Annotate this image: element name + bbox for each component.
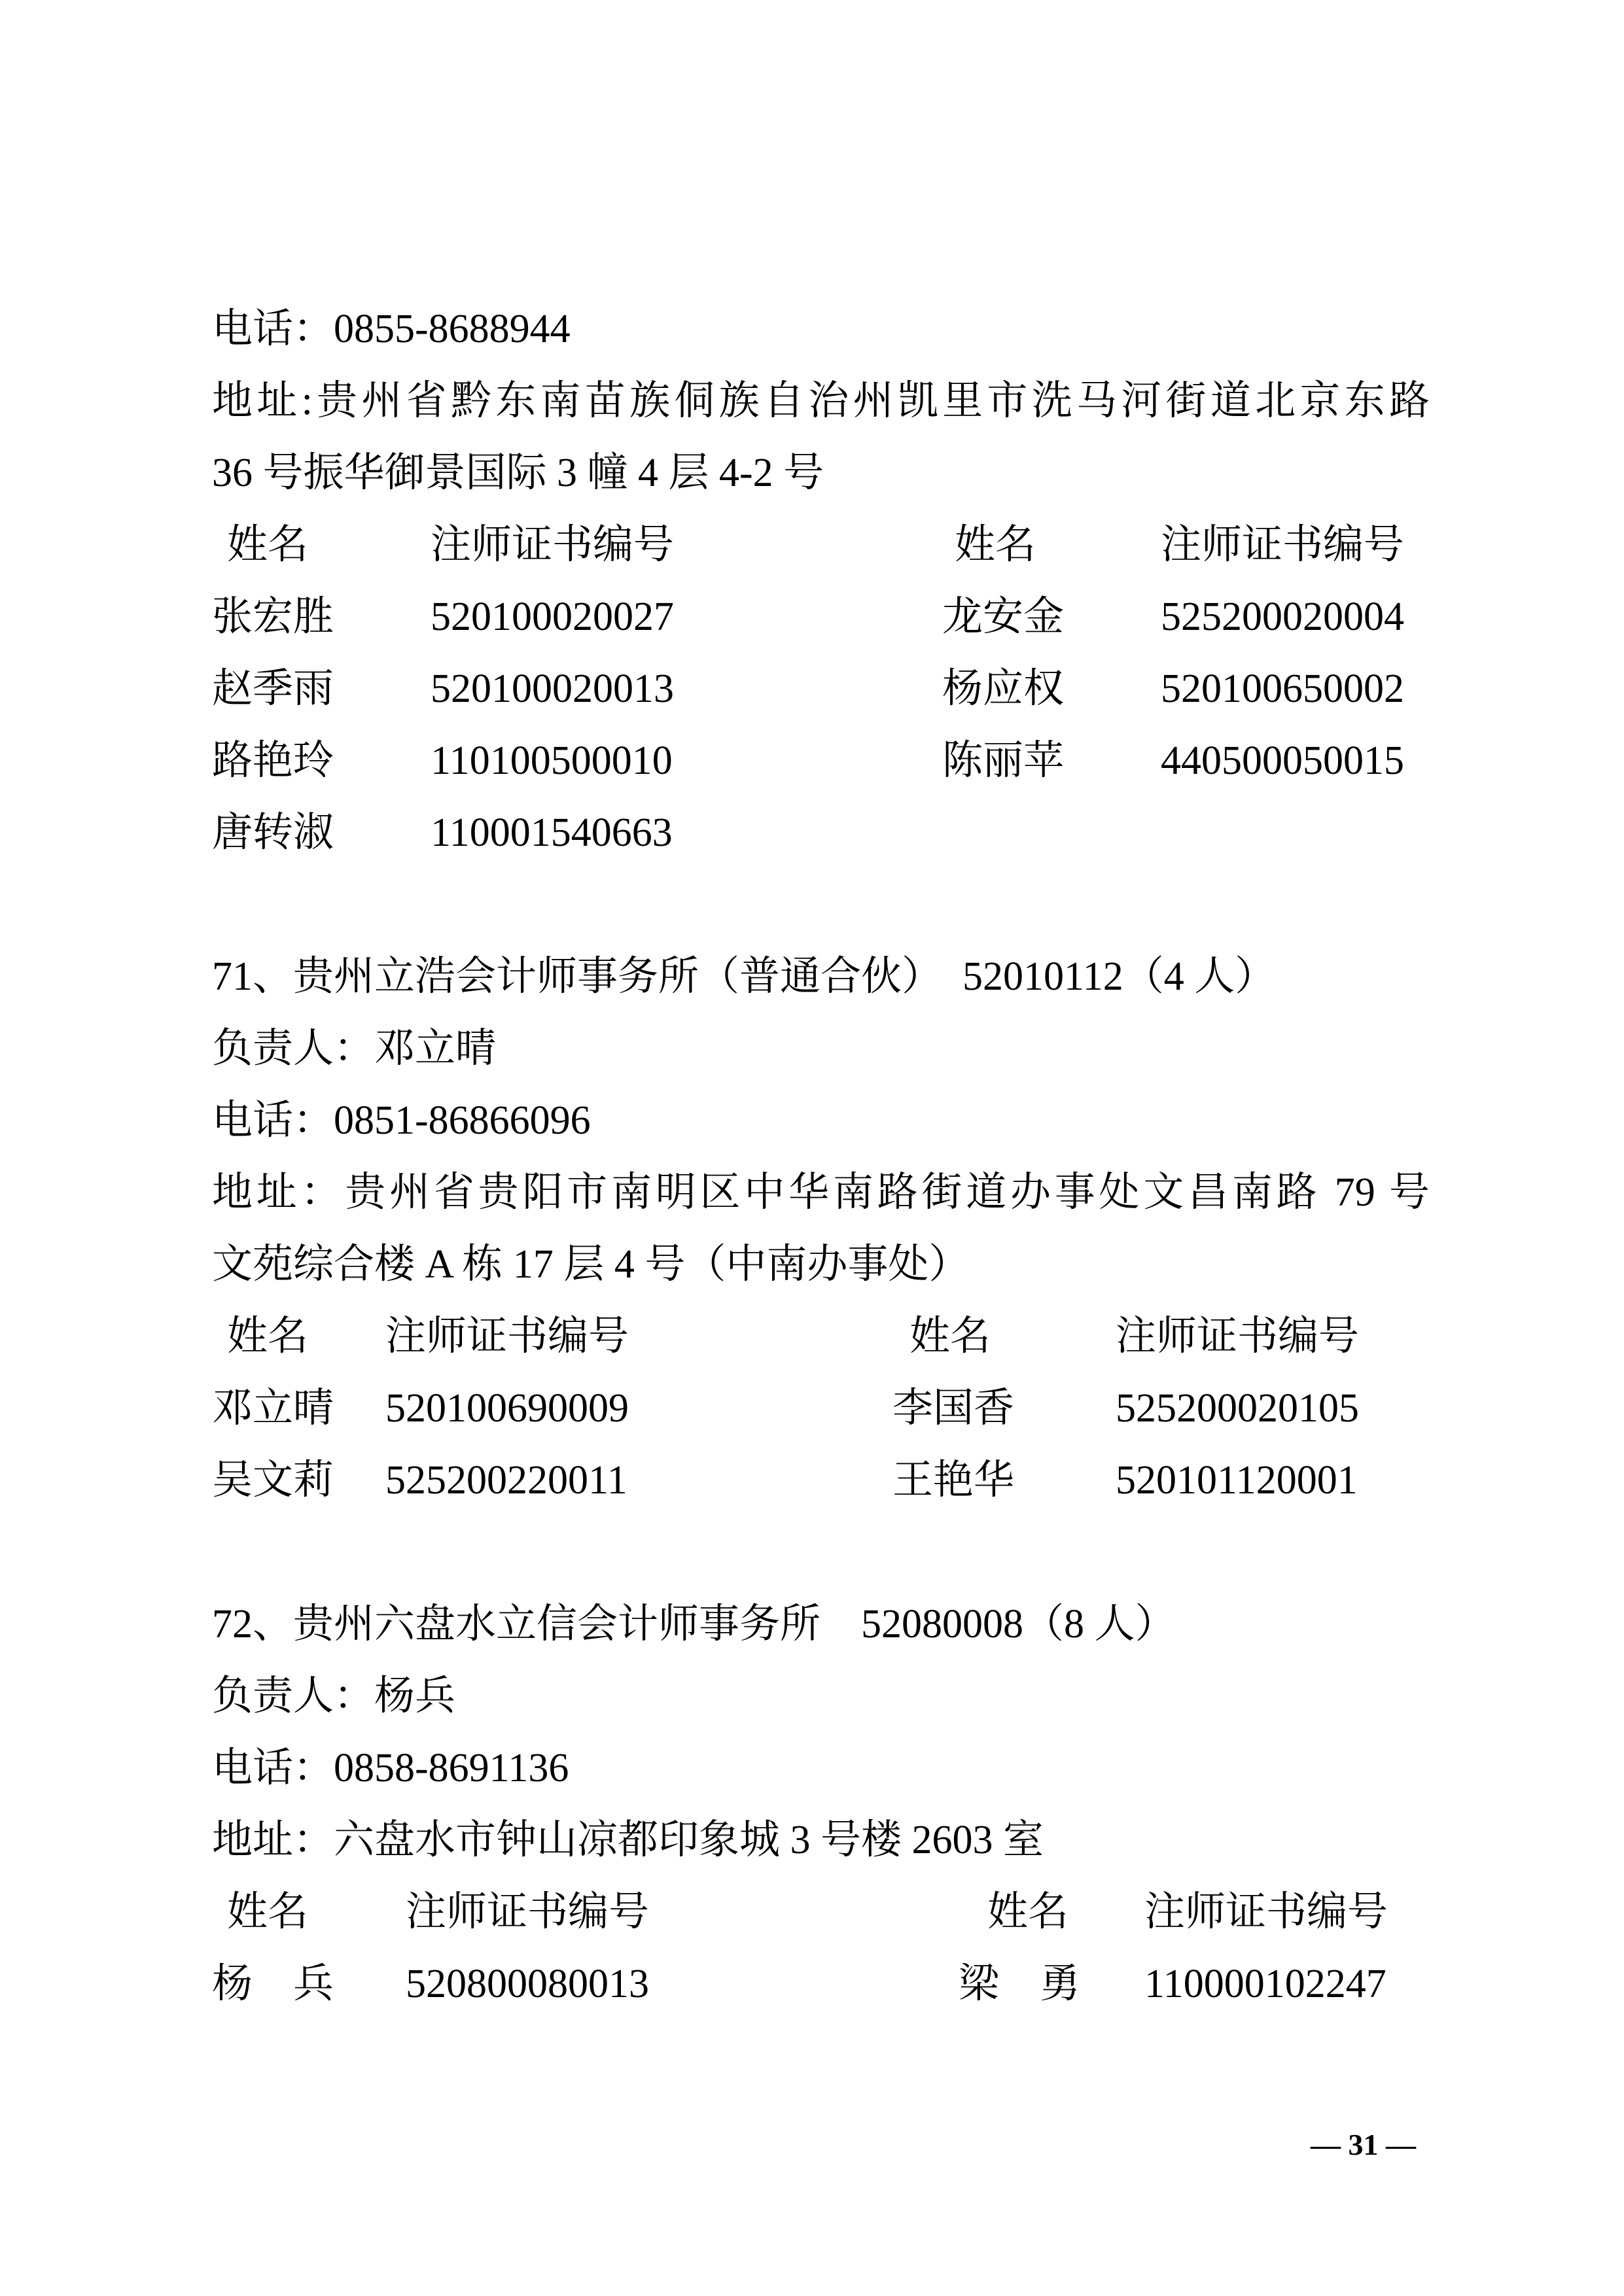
table-row: 杨 兵 520800080013 梁 勇 110000102247 [212,1948,1430,2020]
table-row: 唐转淑 110001540663 [212,797,1430,869]
table-header-row: 姓名 注师证书编号 姓名 注师证书编号 [212,1876,1430,1948]
cert-number-cell: 110000102247 [1144,1948,1430,2020]
header-name-right: 姓名 [942,509,1161,581]
page-number: — 31 — [1311,2127,1416,2163]
cert-number-cell: 520100020027 [431,581,942,653]
cert-number-cell: 520800080013 [406,1948,959,2020]
cert-number-cell: 525200020105 [1116,1372,1430,1444]
table-header-row: 姓名 注师证书编号 姓名 注师证书编号 [212,509,1430,581]
phone-line: 电话：0858-8691136 [212,1732,1430,1804]
table-row: 路艳玲 110100500010 陈丽苹 440500050015 [212,725,1430,797]
cert-number-cell: 110100500010 [431,725,942,797]
header-name-right: 姓名 [959,1876,1144,1948]
name-cell: 张宏胜 [212,581,431,653]
name-cell: 唐转淑 [212,797,431,869]
header-name-left: 姓名 [212,1876,406,1948]
section-72-heading: 72、贵州六盘水立信会计师事务所 52080008（8 人） [212,1588,1430,1660]
document-page: 电话：0855-8688944 地址:贵州省黔东南苗族侗族自治州凯里市洗马河街道… [0,0,1624,2296]
address-line-1: 地址：贵州省贵阳市南明区中华南路街道办事处文昌南路 79 号 [212,1157,1430,1228]
name-cell: 吴文莉 [212,1444,385,1516]
header-cert-left: 注师证书编号 [431,509,942,581]
name-cell: 陈丽苹 [942,725,1161,797]
header-cert-left: 注师证书编号 [385,1300,892,1372]
address-line-1: 地址：六盘水市钟山凉都印象城 3 号楼 2603 室 [212,1804,1430,1876]
registrant-table: 姓名 注师证书编号 姓名 注师证书编号 张宏胜 520100020027 龙安金… [212,509,1430,869]
cert-number-cell: 520100690009 [385,1372,892,1444]
cert-number-cell: 440500050015 [1161,725,1430,797]
name-cell: 杨应权 [942,653,1161,725]
name-cell: 邓立晴 [212,1372,385,1444]
table-row: 张宏胜 520100020027 龙安金 525200020004 [212,581,1430,653]
header-name-left: 姓名 [212,1300,385,1372]
header-name-right: 姓名 [892,1300,1116,1372]
table-row: 赵季雨 520100020013 杨应权 520100650002 [212,653,1430,725]
name-cell: 杨 兵 [212,1948,406,2020]
section-71-heading: 71、贵州立浩会计师事务所（普通合伙） 52010112（4 人） [212,941,1430,1013]
name-cell: 龙安金 [942,581,1161,653]
name-cell: 王艳华 [892,1444,1116,1516]
table-row: 吴文莉 525200220011 王艳华 520101120001 [212,1444,1430,1516]
cert-number-cell: 520101120001 [1116,1444,1430,1516]
cert-number-cell: 520100650002 [1161,653,1430,725]
registrant-table: 姓名 注师证书编号 姓名 注师证书编号 邓立晴 520100690009 李国香… [212,1300,1430,1516]
cert-number-cell: 520100020013 [431,653,942,725]
phone-line: 电话：0855-8688944 [212,293,1430,365]
name-cell: 路艳玲 [212,725,431,797]
table-header-row: 姓名 注师证书编号 姓名 注师证书编号 [212,1300,1430,1372]
manager-line: 负责人：杨兵 [212,1660,1430,1732]
header-cert-right: 注师证书编号 [1144,1876,1430,1948]
header-name-left: 姓名 [212,509,431,581]
header-cert-right: 注师证书编号 [1116,1300,1430,1372]
header-cert-right: 注师证书编号 [1161,509,1430,581]
address-line-2: 文苑综合楼 A 栋 17 层 4 号（中南办事处） [212,1228,1430,1300]
header-cert-left: 注师证书编号 [406,1876,959,1948]
address-line-2: 36 号振华御景国际 3 幢 4 层 4-2 号 [212,437,1430,509]
cert-number-cell: 525200220011 [385,1444,892,1516]
name-cell: 梁 勇 [959,1948,1144,2020]
manager-line: 负责人：邓立晴 [212,1013,1430,1085]
registrant-table: 姓名 注师证书编号 姓名 注师证书编号 杨 兵 520800080013 梁 勇… [212,1876,1430,2020]
cert-number-cell: 525200020004 [1161,581,1430,653]
address-line-1: 地址:贵州省黔东南苗族侗族自治州凯里市洗马河街道北京东路 [212,365,1430,437]
table-row: 邓立晴 520100690009 李国香 525200020105 [212,1372,1430,1444]
name-cell: 李国香 [892,1372,1116,1444]
cert-number-cell: 110001540663 [431,797,942,869]
document-content: 电话：0855-8688944 地址:贵州省黔东南苗族侗族自治州凯里市洗马河街道… [212,293,1430,2020]
name-cell [942,797,1161,869]
name-cell: 赵季雨 [212,653,431,725]
phone-line: 电话：0851-86866096 [212,1085,1430,1157]
cert-number-cell [1161,797,1430,869]
blank-line [212,1516,1430,1588]
blank-line [212,869,1430,941]
